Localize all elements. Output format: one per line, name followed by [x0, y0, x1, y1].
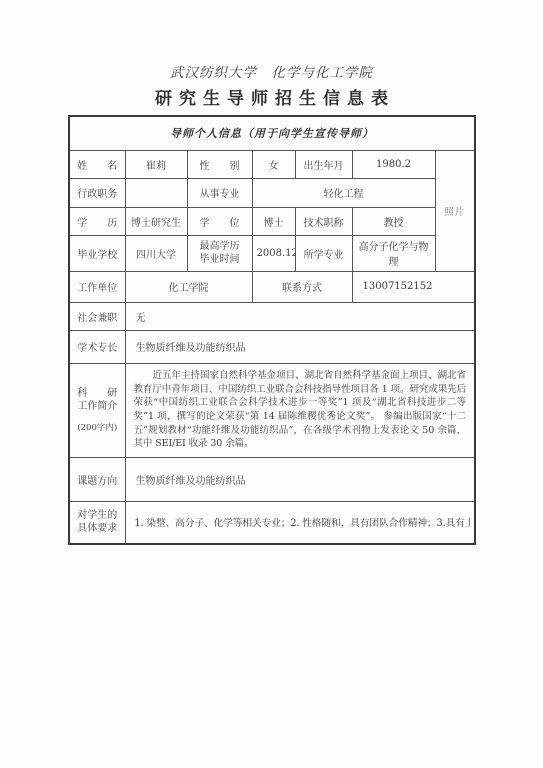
- table-section-title: 导师个人信息（用于向学生宣传导师）: [69, 116, 475, 150]
- research-intro-label: 科 研 工作简介 (200字内): [69, 363, 125, 457]
- name-label: 姓 名: [69, 150, 125, 178]
- grad-school-label: 毕业学校: [69, 235, 125, 271]
- tech-title-label: 技术职称: [295, 207, 352, 235]
- education-value: 博士研究生: [125, 207, 187, 235]
- education-label: 学 历: [69, 207, 125, 235]
- expertise-value: 生物质纤维及功能纺织品: [125, 330, 475, 363]
- gender-value: 女: [252, 150, 295, 178]
- gender-label: 性 别: [187, 150, 252, 178]
- research-intro-value: 近五年主持国家自然科学基金项目、湖北省自然科学基金面上项目、湖北省教育厅中青年项…: [134, 369, 467, 451]
- student-req-label-line1: 对学生的: [74, 509, 121, 522]
- birth-value: 1980.2: [352, 150, 435, 178]
- tech-title-value: 教授: [352, 207, 435, 235]
- photo-placeholder: 照片: [435, 150, 475, 271]
- major-value: 高分子化学与物理: [352, 235, 435, 271]
- student-req-label-line2: 具体要求: [74, 522, 121, 535]
- topic-value: 生物质纤维及功能纺织品: [125, 457, 475, 501]
- scanned-form-page: 武汉纺织大学 化学与化工学院 研究生导师招生信息表 导师个人信息（用于向学生宣传…: [0, 0, 543, 768]
- grad-time-label-line2: 毕业时间: [192, 253, 248, 266]
- social-post-label: 社会兼职: [69, 302, 125, 330]
- advisor-info-table: 导师个人信息（用于向学生宣传导师） 姓 名 崔莉 性 别 女 出生年月 1980…: [68, 115, 476, 545]
- student-req-cell: 1. 染整、高分子、化学等相关专业；2. 性格随和，具有团队合作精神；3.具有上…: [125, 501, 475, 544]
- degree-label: 学 位: [187, 207, 252, 235]
- contact-value: 13007152152: [352, 271, 475, 302]
- grad-time-label: 最高学历 毕业时间: [187, 235, 252, 271]
- major-label: 所学专业: [295, 235, 352, 271]
- expertise-label: 学术专长: [69, 330, 125, 363]
- research-intro-label-line2: 工作简介: [74, 400, 121, 413]
- advisor-info-table-wrap: 导师个人信息（用于向学生宣传导师） 姓 名 崔莉 性 别 女 出生年月 1980…: [68, 115, 476, 545]
- birth-label: 出生年月: [295, 150, 352, 178]
- social-post-value: 无: [125, 302, 475, 330]
- grad-time-value: 2008.12: [252, 235, 295, 271]
- name-value: 崔莉: [125, 150, 187, 178]
- work-unit-label: 工作单位: [69, 271, 125, 302]
- contact-label: 联系方式: [252, 271, 352, 302]
- student-req-label: 对学生的 具体要求: [69, 501, 125, 544]
- degree-value: 博士: [252, 207, 295, 235]
- school-name: 武汉纺织大学 化学与化工学院: [0, 61, 543, 81]
- form-title: 研究生导师招生信息表: [0, 84, 543, 109]
- profession-label: 从事专业: [187, 178, 252, 207]
- grad-time-label-line1: 最高学历: [192, 240, 248, 253]
- research-intro-cell: 近五年主持国家自然科学基金项目、湖北省自然科学基金面上项目、湖北省教育厅中青年项…: [125, 363, 475, 457]
- work-unit-value: 化工学院: [125, 271, 252, 302]
- profession-value: 轻化工程: [252, 178, 435, 207]
- research-intro-label-note: (200字内): [74, 422, 121, 434]
- research-intro-label-line1: 科 研: [74, 387, 121, 400]
- grad-school-value: 四川大学: [125, 235, 187, 271]
- topic-label: 课题方向: [69, 457, 125, 501]
- admin-post-label: 行政职务: [69, 178, 125, 207]
- student-req-value: 1. 染整、高分子、化学等相关专业；2. 性格随和，具有团队合作精神；3.具有上…: [135, 515, 471, 529]
- admin-post-value: [125, 178, 187, 207]
